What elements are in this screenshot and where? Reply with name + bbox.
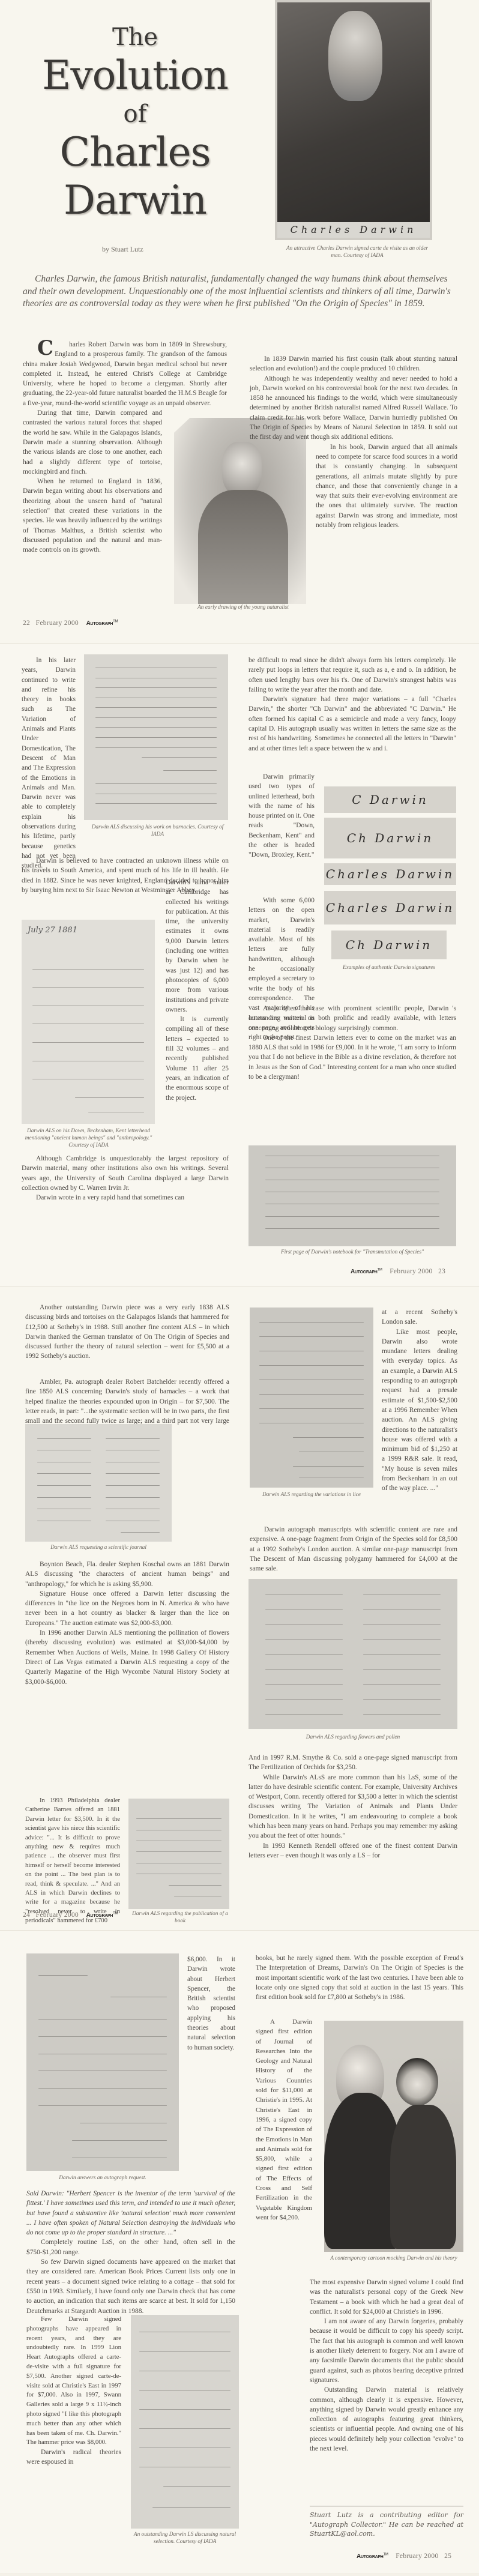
flowers-caption: Darwin ALS regarding flowers and pollen: [249, 1734, 457, 1741]
page23-narrow-column: Darwin's alma mater at Cambridge has col…: [166, 878, 229, 1103]
paragraph: Like most people, Darwin also wrote mund…: [382, 1327, 457, 1525]
page25-narrow-column: $6,000. In it Darwin wrote about Herbert…: [187, 1955, 235, 2053]
letterhead-letter-image: July 27 1881: [22, 920, 155, 1124]
paragraph: Darwin's radical theories were espoused …: [26, 2448, 121, 2467]
paragraph: Outstanding Darwin material is relativel…: [310, 2385, 463, 2454]
paragraph: Although he was independently wealthy an…: [250, 374, 457, 442]
journal-caption: Darwin ALS requesting a scientific journ…: [25, 1544, 172, 1551]
page-24: Another outstanding Darwin piece was a v…: [0, 1287, 479, 1931]
paragraph: One of the finest Darwin letters ever to…: [249, 1033, 456, 1082]
paragraph: A Darwin signed first edition of Journal…: [256, 2017, 312, 2222]
paragraph: Another outstanding Darwin piece was a v…: [25, 1303, 229, 1362]
page23-right-bottom: As is often the case with prominent scie…: [249, 1004, 456, 1082]
journal-request-letter-image: [25, 1424, 172, 1542]
portrait-head: [328, 11, 382, 101]
paragraph: When he returned to England in 1836, Dar…: [23, 477, 162, 555]
flowers-letter-image: [249, 1579, 457, 1729]
signature-strip: Ch Darwin: [331, 931, 447, 959]
paragraph: In 1993 Philadelphia dealer Catherine Ba…: [25, 1796, 120, 1926]
page-number: 24: [23, 1911, 30, 1919]
paragraph: $6,000. In it Darwin wrote about Herbert…: [187, 1955, 235, 2053]
page23-left-column-bottom: Although Cambridge is unquestionably the…: [22, 1154, 229, 1202]
page25-right-bottom: The most expensive Darwin signed volume …: [256, 2278, 463, 2454]
barnacles-caption: Darwin ALS discussing his work on barnac…: [90, 824, 225, 838]
paragraph: Few Darwin signed photographs have appea…: [26, 2315, 121, 2448]
paragraph: Signature House once offered a Darwin le…: [25, 1589, 229, 1628]
page-number: 22: [23, 620, 30, 627]
letter-date: July 27 1881: [28, 926, 77, 935]
paragraph: at a recent Sotheby's London sale.: [382, 1308, 457, 1327]
page23-letterhead-column: Darwin primarily used two types of unlin…: [249, 772, 315, 860]
signature-strip: Ch Darwin: [324, 818, 456, 858]
notebook-page-image: [249, 1145, 456, 1246]
paragraph: Boynton Beach, Fla. dealer Stephen Kosch…: [25, 1560, 229, 1589]
photo-caption: An attractive Charles Darwin signed cart…: [282, 245, 432, 259]
paragraph: And in 1997 R.M. Smythe & Co. sold a one…: [249, 1753, 457, 1773]
page-footer: 24 February 2000 AutographTM: [23, 1911, 118, 1919]
darwin-monkey-cartoon: [324, 2021, 463, 2252]
paragraph: I am not aware of any Darwin forgeries, …: [310, 2317, 463, 2385]
paragraph: Darwin's signature had three major varia…: [249, 695, 456, 753]
page25-left-narrow: Few Darwin signed photographs have appea…: [26, 2315, 121, 2467]
page-footer: 22 February 2000 AutographTM: [23, 620, 118, 627]
signature-strip: Charles Darwin: [324, 891, 456, 925]
page-25: Darwin answers an autograph request. $6,…: [0, 1931, 479, 2574]
paragraph: The most expensive Darwin signed volume …: [256, 2278, 463, 2317]
book-publication-letter-image: [128, 1799, 229, 1909]
signature-strip: Charles Darwin: [324, 863, 456, 885]
page23-intro-column: In his later years, Darwin continued to …: [22, 656, 76, 871]
photo-signature: Charles Darwin: [277, 222, 430, 238]
page24-right-bottom: And in 1997 R.M. Smythe & Co. sold a one…: [249, 1753, 457, 1860]
issue-date: February 2000: [390, 1268, 432, 1275]
cartoon-monkey-head: [396, 2058, 438, 2106]
paragraph: be difficult to read since he didn't alw…: [249, 656, 456, 695]
page23-right-column: be difficult to read since he didn't alw…: [249, 656, 456, 753]
paragraph: Although Cambridge is unquestionably the…: [22, 1154, 229, 1193]
issue-date: February 2000: [396, 2553, 438, 2560]
page25-left-column: Said Darwin: "Herbert Spencer is the inv…: [26, 2189, 235, 2316]
drawing-caption: An early drawing of the young naturalist: [180, 604, 306, 611]
page-23: In his later years, Darwin continued to …: [0, 644, 479, 1287]
issue-date: February 2000: [36, 1911, 79, 1919]
paragraph: [26, 2075, 235, 2189]
paragraph: Darwin primarily used two types of unlin…: [249, 772, 315, 860]
signatures-caption: Examples of authentic Darwin signatures: [329, 964, 449, 971]
paragraph: During that time, Darwin compared and co…: [23, 408, 162, 477]
notebook-caption: First page of Darwin's notebook for "Tra…: [249, 1249, 456, 1256]
natural-selection-caption: An outstanding Darwin LS discussing natu…: [127, 2531, 243, 2545]
cartoon-caption: A contemporary cartoon mocking Darwin an…: [330, 2255, 457, 2262]
paragraph: Darwin wrote in a very rapid hand that s…: [22, 1193, 229, 1202]
drop-cap: C: [23, 340, 53, 357]
barnacles-letter-image: [84, 654, 228, 820]
magazine-logo: AutographTM: [86, 620, 118, 627]
cartoon-monkey-body: [390, 2105, 456, 2249]
lice-letter-image: [250, 1308, 373, 1488]
author-bio: Stuart Lutz is a contributing editor for…: [310, 2511, 463, 2539]
paragraph: While Darwin's ALsS are more common than…: [249, 1773, 457, 1841]
magazine-logo: AutographTM: [86, 1912, 118, 1919]
paragraph: Darwin's alma mater at Cambridge has col…: [166, 878, 229, 1015]
bio-divider: [310, 2506, 463, 2506]
paragraph: In 1839 Darwin married his first cousin …: [250, 354, 457, 374]
older-darwin-photo: Charles Darwin: [275, 0, 432, 240]
paragraph: Charles Robert Darwin was born in 1809 i…: [23, 340, 227, 408]
paragraph: In his later years, Darwin continued to …: [22, 656, 76, 871]
page24-left-column-3: Boynton Beach, Fla. dealer Stephen Kosch…: [25, 1560, 229, 1687]
paragraph: Completely routine LsS, on the other han…: [26, 2237, 235, 2257]
book-caption: Darwin ALS regarding the publication of …: [132, 1910, 228, 1925]
paragraph: Said Darwin: "Herbert Spencer is the inv…: [26, 2189, 235, 2237]
page-footer: AutographTM February 2000 25: [357, 2553, 451, 2560]
page24-narrow-column: In 1993 Philadelphia dealer Catherine Ba…: [25, 1796, 120, 1926]
paragraph: In 1993 Kenneth Rendell offered one of t…: [249, 1841, 457, 1861]
paragraph: books, but he rarely signed them. With t…: [256, 1953, 463, 2002]
page-number: 25: [444, 2553, 451, 2560]
page25-right-narrow: A Darwin signed first edition of Journal…: [256, 2017, 312, 2222]
magazine-logo: AutographTM: [351, 1268, 382, 1275]
natural-selection-letter-image: [131, 2315, 239, 2529]
byline: by Stuart Lutz: [102, 245, 143, 254]
letterhead-caption: Darwin ALS on his Down, Beckenham, Kent …: [24, 1127, 153, 1149]
lice-caption: Darwin ALS regarding the variations in l…: [250, 1491, 373, 1498]
article-title: The Evolution of Charles Darwin: [36, 23, 234, 225]
page25-quote-column: [26, 2075, 235, 2189]
page-22: The Evolution of Charles Darwin by Stuar…: [0, 0, 479, 644]
paragraph: So few Darwin signed documents have appe…: [26, 2257, 235, 2316]
page24-left-column: Another outstanding Darwin piece was a v…: [25, 1303, 229, 1362]
article-deck: Charles Darwin, the famous British natur…: [23, 273, 456, 310]
issue-date: February 2000: [36, 620, 79, 627]
signature-strip: C Darwin: [324, 786, 456, 813]
paragraph: As is often the case with prominent scie…: [249, 1004, 456, 1033]
paragraph: In his book, Darwin argued that all anim…: [316, 442, 457, 531]
page-number: 23: [438, 1268, 445, 1275]
page22-right-column: In 1839 Darwin married his first cousin …: [250, 354, 457, 530]
page24-right-column: Darwin autograph manuscripts with scient…: [250, 1525, 457, 1573]
page25-right-column: books, but he rarely signed them. With t…: [256, 1953, 463, 2002]
paragraph: It is currently compiling all of these l…: [166, 1015, 229, 1103]
paragraph: In 1996 another Darwin ALS mentioning th…: [25, 1628, 229, 1687]
page24-right-narrow: at a recent Sotheby's London sale. Like …: [382, 1308, 457, 1525]
paragraph: Darwin autograph manuscripts with scient…: [250, 1525, 457, 1573]
magazine-logo: AutographTM: [357, 2553, 388, 2560]
page-footer: AutographTM February 2000 23: [351, 1268, 445, 1275]
